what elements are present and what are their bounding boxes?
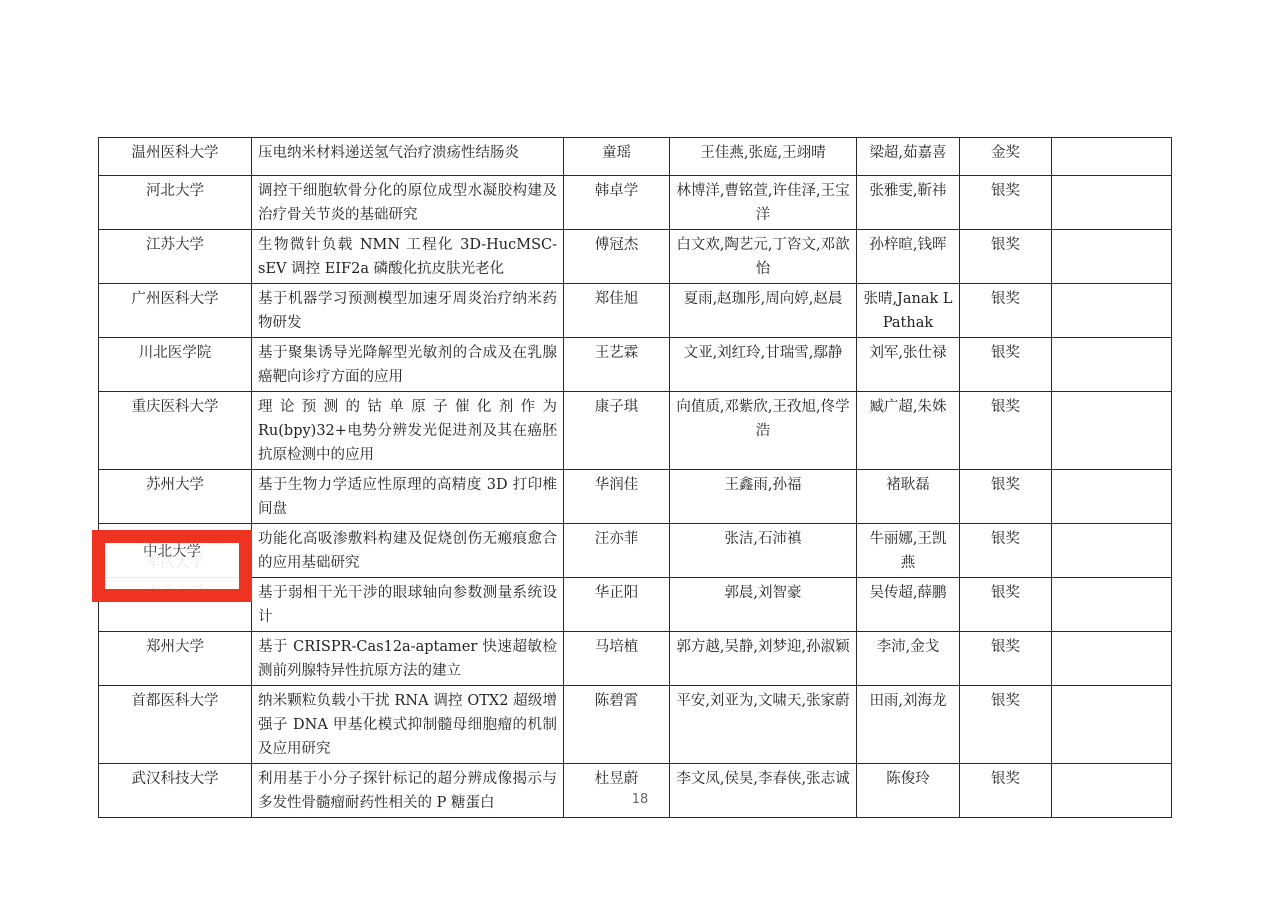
advisors-cell: 吴传超,薛鹏 (857, 578, 960, 632)
school-cell: 重庆医科大学 (99, 392, 252, 470)
advisors-cell: 牛丽娜,王凯燕 (857, 524, 960, 578)
leader-cell: 马培植 (564, 632, 670, 686)
extra-cell (1052, 524, 1172, 578)
leader-cell: 华正阳 (564, 578, 670, 632)
table-row: 郑州大学 基于 CRISPR-Cas12a-aptamer 快速超敏检测前列腺特… (99, 632, 1172, 686)
project-title-cell: 基于弱相干光干涉的眼球轴向参数测量系统设计 (252, 578, 564, 632)
project-title-cell: 基于机器学习预测模型加速牙周炎治疗纳米药物研发 (252, 284, 564, 338)
school-cell: 河北大学 (99, 176, 252, 230)
project-title-cell: 基于生物力学适应性原理的高精度 3D 打印椎间盘 (252, 470, 564, 524)
leader-cell: 杜昱蔚 (564, 764, 670, 818)
extra-cell (1052, 338, 1172, 392)
table-row: 川北医学院 基于聚集诱导光降解型光敏剂的合成及在乳腺癌靶向诊疗方面的应用 王艺霖… (99, 338, 1172, 392)
advisors-cell: 褚耿磊 (857, 470, 960, 524)
highlight-annotation-box: 中北大学 (92, 530, 252, 602)
table-row: 重庆医科大学 理论预测的钴单原子催化剂作为 Ru(bpy)32+电势分辨发光促进… (99, 392, 1172, 470)
school-cell: 温州医科大学 (99, 138, 252, 176)
page-number: 18 (0, 792, 1280, 807)
extra-cell (1052, 392, 1172, 470)
school-cell: 苏州大学 (99, 470, 252, 524)
table-row: 中北大学 基于弱相干光干涉的眼球轴向参数测量系统设计 华正阳 郭晨,刘智豪 吴传… (99, 578, 1172, 632)
leader-cell: 华润佳 (564, 470, 670, 524)
members-cell: 王鑫雨,孙福 (670, 470, 857, 524)
members-cell: 郭晨,刘智豪 (670, 578, 857, 632)
extra-cell (1052, 764, 1172, 818)
extra-cell (1052, 138, 1172, 176)
advisors-cell: 梁超,茹嘉喜 (857, 138, 960, 176)
highlight-label: 中北大学 (105, 540, 239, 564)
members-cell: 向值质,邓紫欣,王孜旭,佟学浩 (670, 392, 857, 470)
award-cell: 银奖 (960, 392, 1052, 470)
table-row: 首都医科大学 纳米颗粒负载小干扰 RNA 调控 OTX2 超级增强子 DNA 甲… (99, 686, 1172, 764)
advisors-cell: 刘军,张仕禄 (857, 338, 960, 392)
table-row: 武汉科技大学 利用基于小分子探针标记的超分辨成像揭示与多发性骨髓瘤耐药性相关的 … (99, 764, 1172, 818)
advisors-cell: 李沛,金戈 (857, 632, 960, 686)
members-cell: 文亚,刘红玲,甘瑞雪,鄢静 (670, 338, 857, 392)
school-cell: 郑州大学 (99, 632, 252, 686)
school-cell: 川北医学院 (99, 338, 252, 392)
project-title-cell: 纳米颗粒负载小干扰 RNA 调控 OTX2 超级增强子 DNA 甲基化模式抑制髓… (252, 686, 564, 764)
members-cell: 郭方越,吴静,刘梦迎,孙淑颖 (670, 632, 857, 686)
extra-cell (1052, 230, 1172, 284)
awards-table: 温州医科大学 压电纳米材料递送氢气治疗溃疡性结肠炎 童瑶 王佳燕,张庭,王翊晴 … (98, 137, 1172, 818)
extra-cell (1052, 284, 1172, 338)
advisors-cell: 田雨,刘海龙 (857, 686, 960, 764)
school-cell: 江苏大学 (99, 230, 252, 284)
award-cell: 银奖 (960, 578, 1052, 632)
advisors-cell: 陈俊玲 (857, 764, 960, 818)
leader-cell: 汪亦菲 (564, 524, 670, 578)
leader-cell: 康子琪 (564, 392, 670, 470)
school-cell: 武汉科技大学 (99, 764, 252, 818)
award-cell: 银奖 (960, 176, 1052, 230)
table-row: 广州医科大学 基于机器学习预测模型加速牙周炎治疗纳米药物研发 郑佳旭 夏雨,赵珈… (99, 284, 1172, 338)
extra-cell (1052, 470, 1172, 524)
award-cell: 银奖 (960, 470, 1052, 524)
advisors-cell: 张雅雯,靳祎 (857, 176, 960, 230)
leader-cell: 陈碧霄 (564, 686, 670, 764)
award-cell: 银奖 (960, 632, 1052, 686)
project-title-cell: 利用基于小分子探针标记的超分辨成像揭示与多发性骨髓瘤耐药性相关的 P 糖蛋白 (252, 764, 564, 818)
award-cell: 银奖 (960, 338, 1052, 392)
table-row: 河北大学 调控干细胞软骨分化的原位成型水凝胶构建及治疗骨关节炎的基础研究 韩卓学… (99, 176, 1172, 230)
table-row: 温州医科大学 压电纳米材料递送氢气治疗溃疡性结肠炎 童瑶 王佳燕,张庭,王翊晴 … (99, 138, 1172, 176)
members-cell: 张洁,石沛禛 (670, 524, 857, 578)
table-row: 苏州大学 基于生物力学适应性原理的高精度 3D 打印椎间盘 华润佳 王鑫雨,孙福… (99, 470, 1172, 524)
document-page: 温州医科大学 压电纳米材料递送氢气治疗溃疡性结肠炎 童瑶 王佳燕,张庭,王翊晴 … (0, 0, 1280, 904)
members-cell: 白文欢,陶艺元,丁咨文,邓歆怡 (670, 230, 857, 284)
project-title-cell: 理论预测的钴单原子催化剂作为 Ru(bpy)32+电势分辨发光促进剂及其在癌胚抗… (252, 392, 564, 470)
project-title-cell: 基于 CRISPR-Cas12a-aptamer 快速超敏检测前列腺特异性抗原方… (252, 632, 564, 686)
table-row: 中国人民解放军空军军医大学 功能化高吸渗敷料构建及促烧创伤无瘢痕愈合的应用基础研… (99, 524, 1172, 578)
project-title-cell: 基于聚集诱导光降解型光敏剂的合成及在乳腺癌靶向诊疗方面的应用 (252, 338, 564, 392)
award-cell: 银奖 (960, 524, 1052, 578)
awards-table-body: 温州医科大学 压电纳米材料递送氢气治疗溃疡性结肠炎 童瑶 王佳燕,张庭,王翊晴 … (99, 138, 1172, 818)
leader-cell: 韩卓学 (564, 176, 670, 230)
project-title-cell: 调控干细胞软骨分化的原位成型水凝胶构建及治疗骨关节炎的基础研究 (252, 176, 564, 230)
leader-cell: 王艺霖 (564, 338, 670, 392)
extra-cell (1052, 578, 1172, 632)
table-row: 江苏大学 生物微针负载 NMN 工程化 3D-HucMSC-sEV 调控 EIF… (99, 230, 1172, 284)
advisors-cell: 孙梓暄,钱晖 (857, 230, 960, 284)
school-cell: 广州医科大学 (99, 284, 252, 338)
advisors-cell: 臧广超,朱姝 (857, 392, 960, 470)
extra-cell (1052, 632, 1172, 686)
members-cell: 王佳燕,张庭,王翊晴 (670, 138, 857, 176)
members-cell: 夏雨,赵珈彤,周向婷,赵晨 (670, 284, 857, 338)
award-cell: 金奖 (960, 138, 1052, 176)
advisors-cell: 张晴,Janak L Pathak (857, 284, 960, 338)
project-title-cell: 压电纳米材料递送氢气治疗溃疡性结肠炎 (252, 138, 564, 176)
school-cell: 首都医科大学 (99, 686, 252, 764)
award-cell: 银奖 (960, 230, 1052, 284)
project-title-cell: 生物微针负载 NMN 工程化 3D-HucMSC-sEV 调控 EIF2a 磷酸… (252, 230, 564, 284)
leader-cell: 傅冠杰 (564, 230, 670, 284)
members-cell: 李文凤,侯昊,李春侠,张志诚 (670, 764, 857, 818)
extra-cell (1052, 686, 1172, 764)
extra-cell (1052, 176, 1172, 230)
award-cell: 银奖 (960, 686, 1052, 764)
project-title-cell: 功能化高吸渗敷料构建及促烧创伤无瘢痕愈合的应用基础研究 (252, 524, 564, 578)
award-cell: 银奖 (960, 764, 1052, 818)
members-cell: 林博洋,曹铭萱,许佳泽,王宝洋 (670, 176, 857, 230)
award-cell: 银奖 (960, 284, 1052, 338)
leader-cell: 童瑶 (564, 138, 670, 176)
members-cell: 平安,刘亚为,文啸天,张家蔚 (670, 686, 857, 764)
leader-cell: 郑佳旭 (564, 284, 670, 338)
